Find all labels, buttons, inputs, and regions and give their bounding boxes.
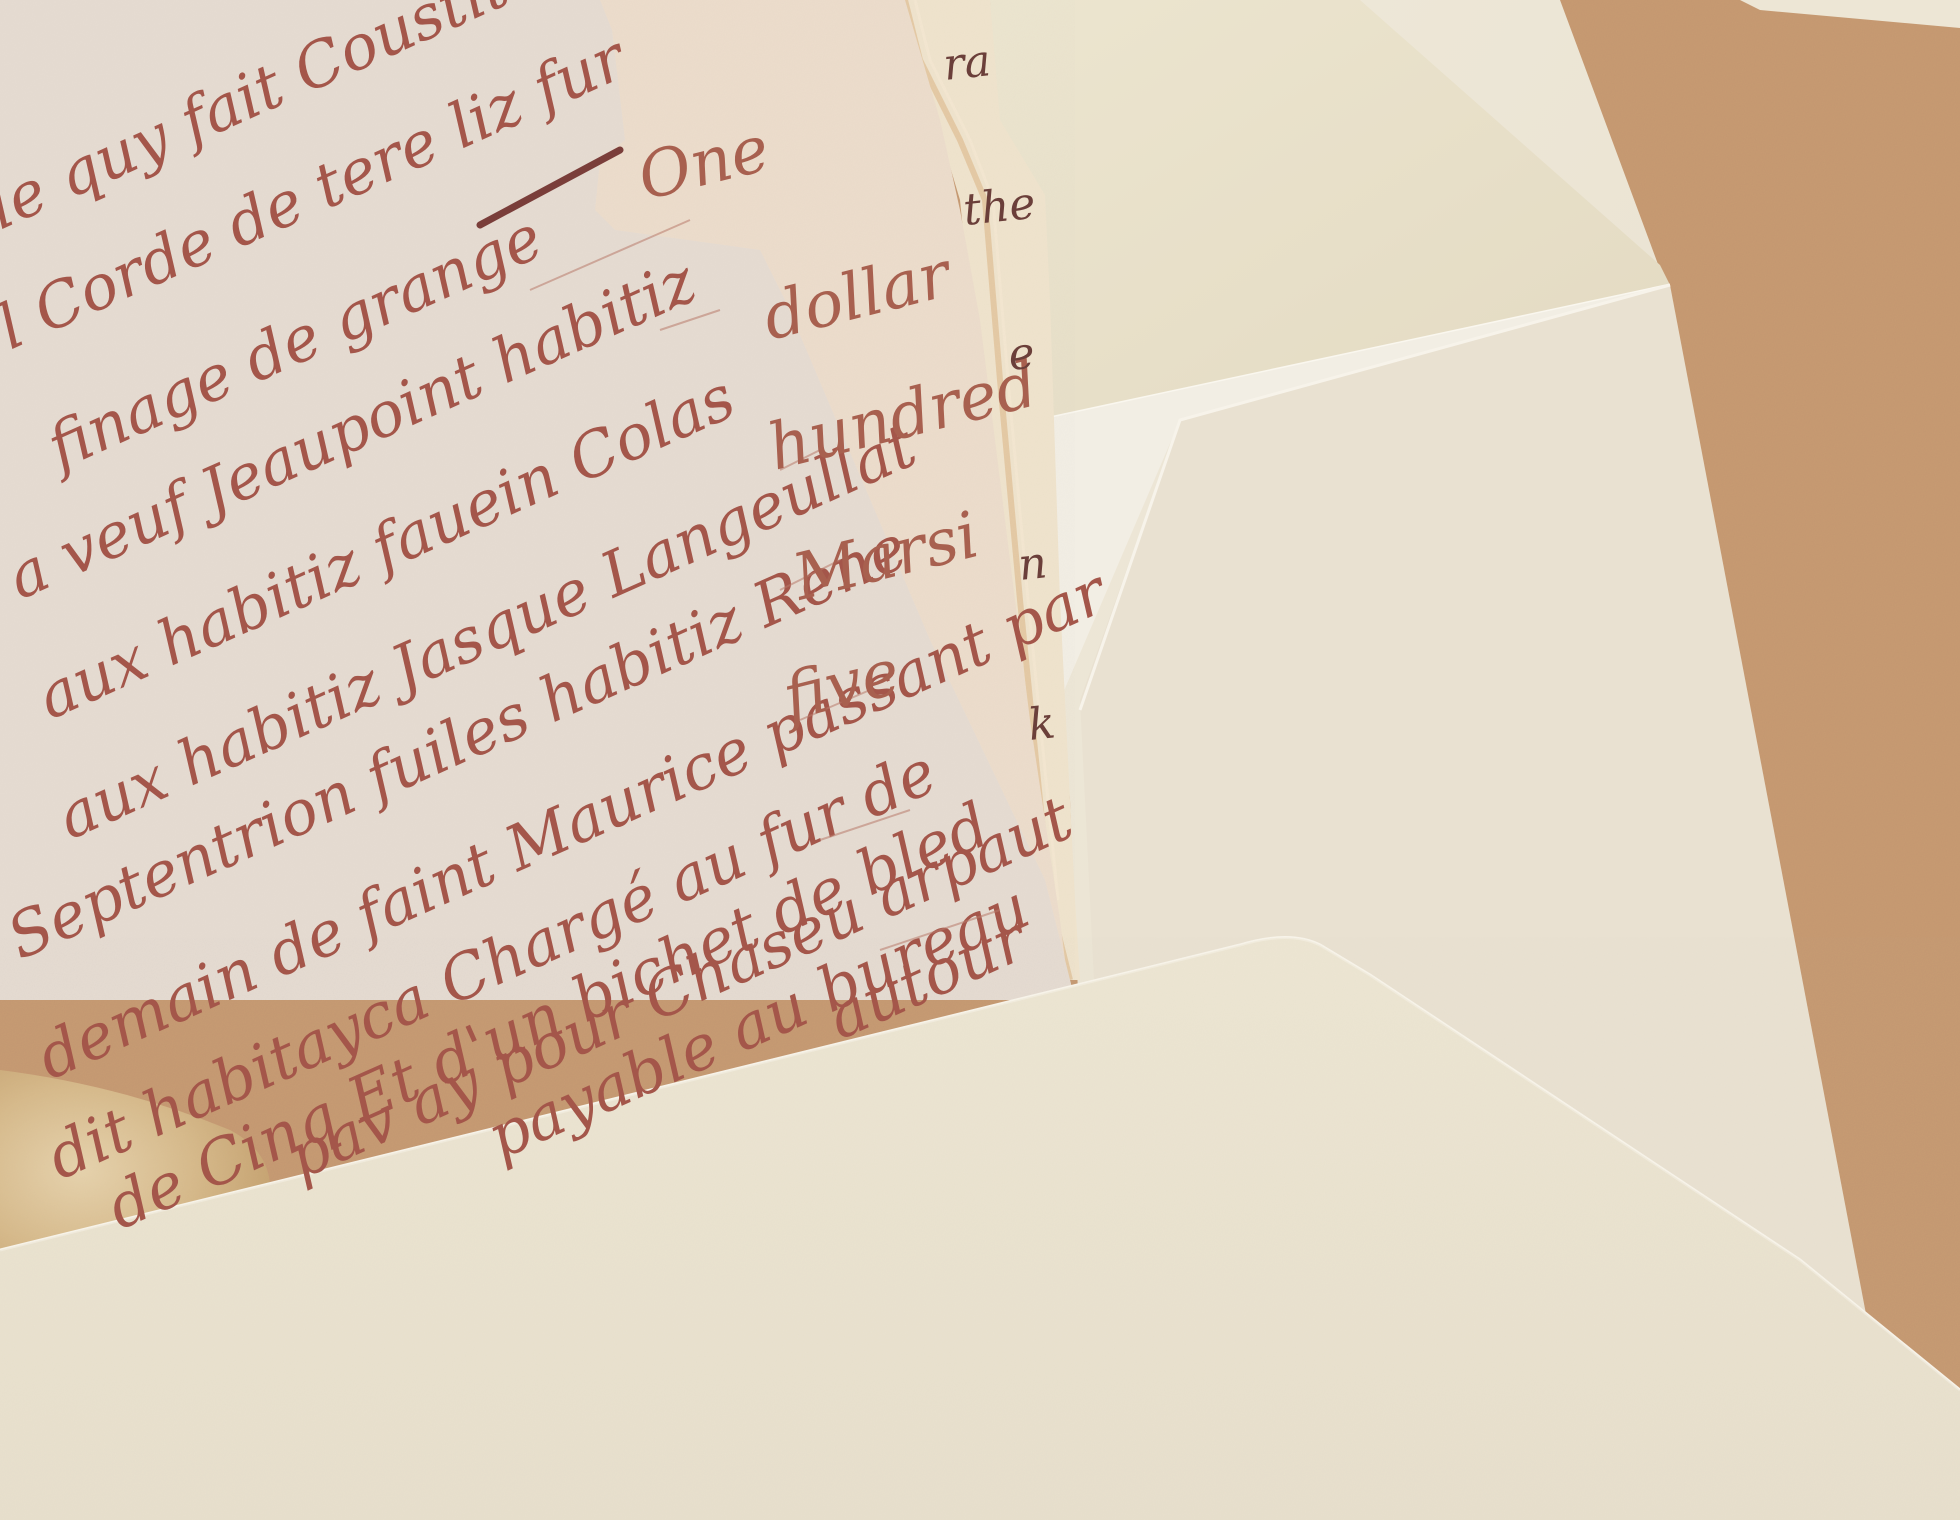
svg-text:n: n [1016, 537, 1050, 591]
svg-text:the: the [961, 178, 1038, 236]
photo-canvas: le quy fait Coustitaut iz l Corde de ter… [0, 0, 1960, 1520]
svg-text:ra: ra [941, 35, 993, 91]
svg-text:e: e [1006, 327, 1037, 380]
svg-text:k: k [1026, 697, 1058, 751]
photo-scene: le quy fait Coustitaut iz l Corde de ter… [0, 0, 1960, 1520]
